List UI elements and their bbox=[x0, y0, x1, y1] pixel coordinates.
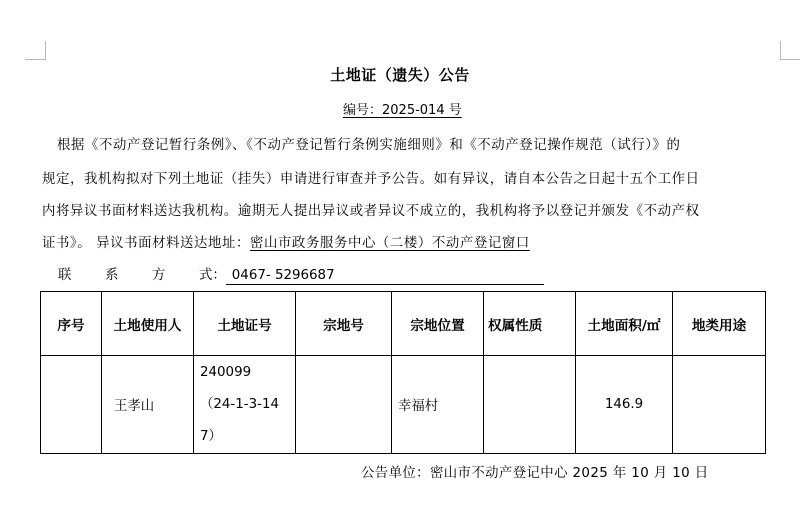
cell-ownership bbox=[484, 356, 576, 454]
cert-no-line: 7） bbox=[200, 421, 295, 453]
cell-parcel-no bbox=[296, 356, 392, 454]
page-margin-corner-top-left bbox=[25, 41, 46, 60]
document-title: 土地证（遗失）公告 bbox=[0, 64, 800, 85]
cell-land-user: 王孝山 bbox=[102, 356, 194, 454]
cell-land-use bbox=[673, 356, 766, 454]
header-location: 宗地位置 bbox=[392, 292, 484, 356]
contact-phone: 0467- 5296687 bbox=[226, 268, 544, 285]
objection-address-label: 证书》。 异议书面材料送达地址： bbox=[42, 236, 250, 251]
header-area: 土地面积/㎡ bbox=[576, 292, 673, 356]
header-ownership: 权属性质 bbox=[484, 292, 576, 356]
header-land-use: 地类用途 bbox=[673, 292, 766, 356]
paragraph-line-2: 规定，我机构拟对下列土地证（挂失）申请进行审查并予公告。如有异议，请自本公告之日… bbox=[42, 168, 700, 187]
header-land-user: 土地使用人 bbox=[102, 292, 194, 356]
cell-cert-no: 240099 （24-1-3-14 7） bbox=[194, 356, 296, 454]
document-number: 编号：2025-014 号 bbox=[343, 99, 462, 118]
table-header-row: 序号 土地使用人 土地证号 宗地号 宗地位置 权属性质 土地面积/㎡ 地类用途 bbox=[41, 292, 766, 356]
issuer-and-date: 公告单位：密山市不动产登记中心 2025 年 10 月 10 日 bbox=[361, 462, 709, 481]
table-row: 王孝山 240099 （24-1-3-14 7） 幸福村 146.9 bbox=[41, 356, 766, 454]
paragraph-line-4: 证书》。 异议书面材料送达地址：密山市政务服务中心（二楼）不动产登记窗口 bbox=[42, 232, 530, 251]
paragraph-line-1: 根据《不动产登记暂行条例》、《不动产登记暂行条例实施细则》和《不动产登记操作规范… bbox=[57, 134, 680, 153]
cert-no-line: （24-1-3-14 bbox=[200, 389, 295, 421]
cell-area: 146.9 bbox=[576, 356, 673, 454]
cert-no-line: 240099 bbox=[200, 357, 295, 389]
header-seq: 序号 bbox=[41, 292, 102, 356]
header-cert-no: 土地证号 bbox=[194, 292, 296, 356]
objection-address: 密山市政务服务中心（二楼）不动产登记窗口 bbox=[250, 236, 530, 251]
contact-label-char: 联 bbox=[58, 264, 105, 283]
contact-line: 联系方式：0467- 5296687 bbox=[58, 264, 544, 285]
cell-seq bbox=[41, 356, 102, 454]
contact-label-char: 式： bbox=[199, 264, 226, 283]
contact-label-char: 系 bbox=[105, 264, 152, 283]
land-certificate-table: 序号 土地使用人 土地证号 宗地号 宗地位置 权属性质 土地面积/㎡ 地类用途 … bbox=[40, 291, 766, 454]
paragraph-line-3: 内将异议书面材料送达我机构。逾期无人提出异议或者异议不成立的，我机构将予以登记并… bbox=[42, 200, 700, 219]
cell-location: 幸福村 bbox=[392, 356, 484, 454]
contact-label-char: 方 bbox=[152, 264, 199, 283]
header-parcel-no: 宗地号 bbox=[296, 292, 392, 356]
page-margin-corner-top-right bbox=[780, 41, 800, 60]
